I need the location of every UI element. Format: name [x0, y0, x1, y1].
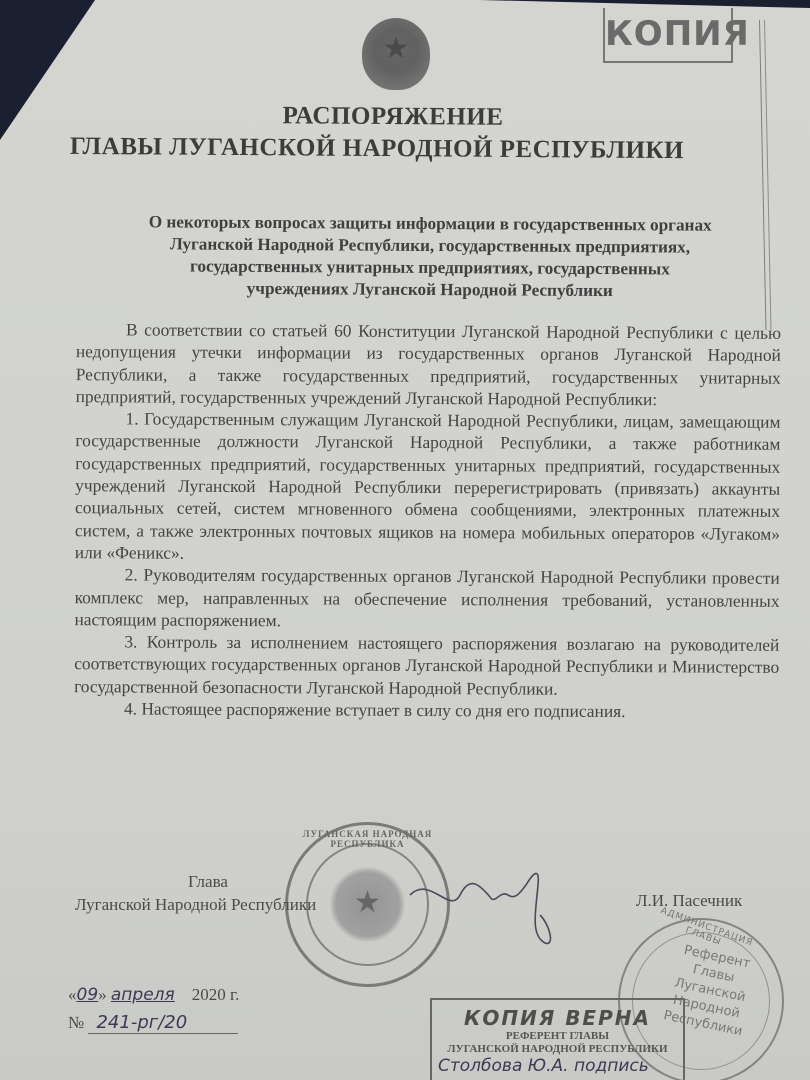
- role-title: Глава: [75, 870, 316, 893]
- handwritten-signature: [400, 855, 560, 955]
- document-number: № 241-рг/20: [68, 1012, 238, 1034]
- verified-line-2: ЛУГАНСКОЙ НАРОДНОЙ РЕСПУБЛИКИ: [432, 1043, 683, 1056]
- seal-emblem-icon: ★: [330, 867, 405, 942]
- clause-1: 1. Государственным служащим Луганской На…: [75, 407, 781, 567]
- role-organization: Луганской Народной Республики: [75, 893, 316, 916]
- document-date: «09» апреля 2020 г.: [68, 985, 239, 1005]
- document-subject: О некоторых вопросах защиты информации в…: [100, 211, 761, 303]
- verified-title: КОПИЯ ВЕРНА: [432, 1006, 683, 1030]
- seal-ring-text: ЛУГАНСКАЯ НАРОДНАЯ РЕСПУБЛИКА: [288, 829, 447, 849]
- issuer-title: ГЛАВЫ ЛУГАНСКОЙ НАРОДНОЙ РЕСПУБЛИКИ: [0, 132, 782, 166]
- clause-4: 4. Настоящее распоряжение вступает в сил…: [74, 697, 779, 723]
- subject-line: учреждениях Луганской Народной Республик…: [100, 277, 760, 303]
- document-type-title: РАСПОРЯЖЕНИЕ: [0, 100, 798, 134]
- signatory-role: Глава Луганской Народной Республики: [75, 870, 316, 916]
- preamble-paragraph: В соответствии со статьей 60 Конституции…: [76, 318, 781, 411]
- coat-of-arms-icon: ★: [362, 18, 430, 90]
- date-year: 2020 г.: [192, 985, 240, 1004]
- copy-verified-stamp: КОПИЯ ВЕРНА РЕФЕРЕНТ ГЛАВЫ ЛУГАНСКОЙ НАР…: [430, 998, 685, 1080]
- clause-2: 2. Руководителям государственных органов…: [74, 563, 779, 634]
- document-body: В соответствии со статьей 60 Конституции…: [74, 318, 781, 723]
- subject-line: государственных унитарных предприятиях, …: [100, 255, 760, 281]
- verified-line-1: РЕФЕРЕНТ ГЛАВЫ: [432, 1030, 683, 1043]
- copy-stamp: КОПИЯ: [603, 8, 733, 63]
- number-label: №: [68, 1013, 84, 1032]
- date-month: апреля: [111, 985, 175, 1005]
- verified-signature: Столбова Ю.А. подпись: [432, 1056, 683, 1076]
- number-value: 241-рг/20: [88, 1012, 238, 1034]
- clause-3: 3. Контроль за исполнением настоящего ра…: [74, 630, 779, 701]
- date-day: 09: [77, 985, 99, 1005]
